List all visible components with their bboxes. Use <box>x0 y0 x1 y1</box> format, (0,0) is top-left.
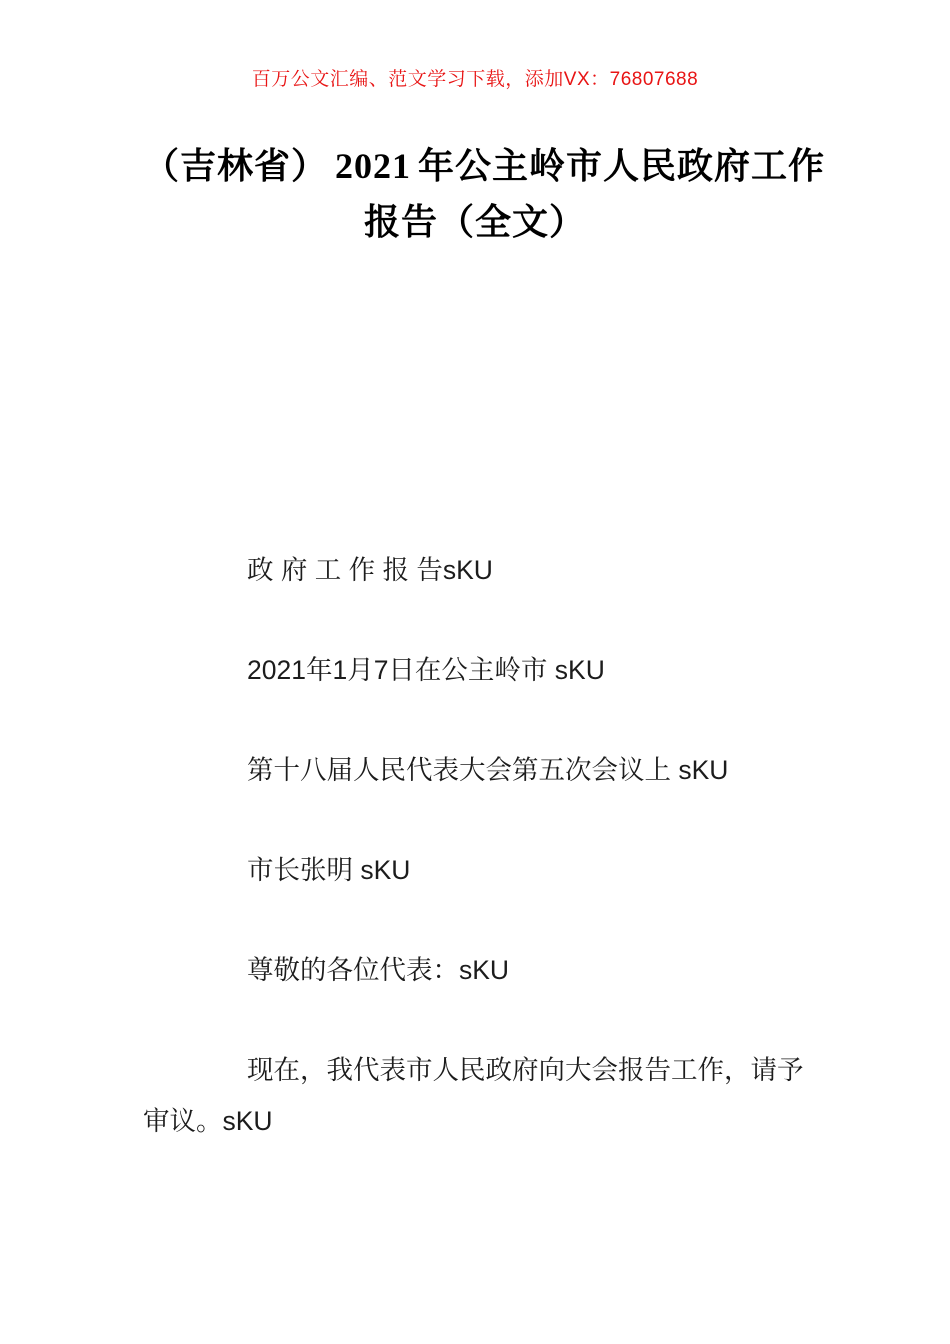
document-title-line1: （吉林省）2021年公主岭市人民政府工作 <box>143 138 807 194</box>
paragraph-opening-statement: 现在，我代表市人民政府向大会报告工作，请予审议。sKU <box>143 1045 807 1147</box>
paragraph-date-line: 2021年1月7日在公主岭市 sKU <box>143 645 807 696</box>
document-title: （吉林省）2021年公主岭市人民政府工作 报告（全文） <box>143 138 807 249</box>
title-rest: 年公主岭市人民政府工作 <box>418 145 825 186</box>
document-body: 政 府 工 作 报 告sKU 2021年1月7日在公主岭市 sKU 第十八届人民… <box>143 545 807 1147</box>
document-page: 百万公文汇编、范文学习下载，添加VX：76807688 （吉林省）2021年公主… <box>0 0 950 1344</box>
document-title-line2: 报告（全文） <box>143 194 807 249</box>
paragraph-session-line: 第十八届人民代表大会第五次会议上 sKU <box>143 745 807 796</box>
promo-banner-text: 百万公文汇编、范文学习下载，添加VX：76807688 <box>143 66 807 93</box>
paragraph-salutation: 尊敬的各位代表：sKU <box>143 945 807 996</box>
paragraph-mayor-line: 市长张明 sKU <box>143 845 807 896</box>
paragraph-report-title: 政 府 工 作 报 告sKU <box>143 545 807 596</box>
title-prefix: （吉林省） <box>143 145 328 186</box>
title-year: 2021 <box>335 146 411 186</box>
